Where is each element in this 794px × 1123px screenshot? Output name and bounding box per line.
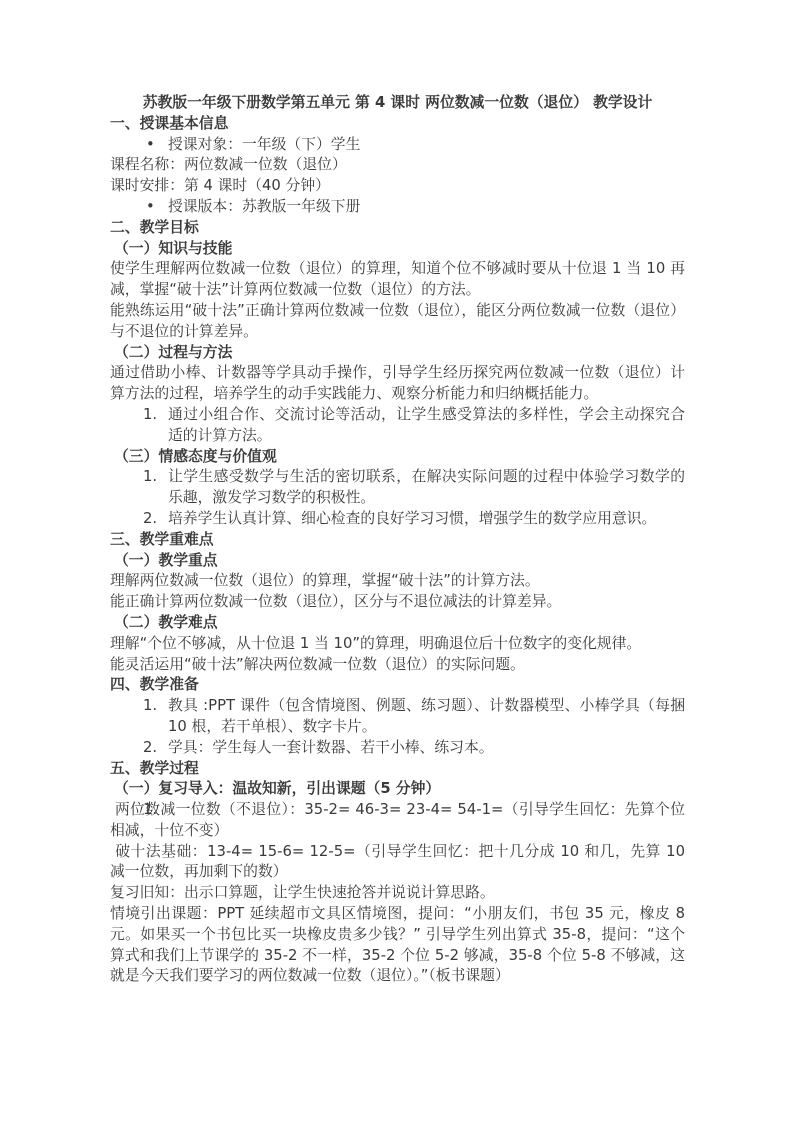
paragraph: 课时安排：第 4 课时（40 分钟） <box>110 176 685 197</box>
bullet-item: •授课版本：苏教版一年级下册 <box>110 197 685 218</box>
text-run: 理解“个位不够减，从十位退 1 当 10”的算理，明确退位后十位数字的变化规律。 <box>110 635 641 652</box>
text-run: 授课版本：苏教版一年级下册 <box>168 198 360 215</box>
section-heading: 五、教学过程 <box>110 759 685 780</box>
document-content: 苏教版一年级下册数学第五单元 第 4 课时 两位数减一位数（退位） 教学设计一、… <box>110 93 685 987</box>
text-run: 四、教学准备 <box>110 676 199 693</box>
text-run: （一）复习导入：温故知新，引出课题（5 分钟） <box>114 780 440 797</box>
paragraph: 使学生理解两位数减一位数（退位）的算理，知道个位不够减时要从十位退 1 当 10… <box>110 259 685 301</box>
numbered-item: 1.通过小组合作、交流讨论等活动，让学生感受算法的多样性，学会主动探究合适的计算… <box>110 405 685 447</box>
text-run: 通过小组合作、交流讨论等活动，让学生感受算法的多样性，学会主动探究合适的计算方法… <box>168 406 685 444</box>
list-number: 2. <box>143 509 157 530</box>
list-number: 2. <box>143 738 157 759</box>
section-heading: 一、授课基本信息 <box>110 114 685 135</box>
sub-heading: （一）教学重点 <box>110 551 685 572</box>
paragraph: 能灵活运用“破十法”解决两位数减一位数（退位）的实际问题。 <box>110 655 685 676</box>
numbered-item: 1.让学生感受数学与生活的密切联系，在解决实际问题的过程中体验学习数学的乐趣，激… <box>110 467 685 509</box>
paragraph: 理解“个位不够减，从十位退 1 当 10”的算理，明确退位后十位数字的变化规律。 <box>110 634 685 655</box>
text-run: 能正确计算两位数减一位数（退位），区分与不退位减法的计算差异。 <box>110 593 561 610</box>
sub-heading: （三）情感态度与价值观 <box>110 447 685 468</box>
list-number: 1. <box>143 405 157 426</box>
bullet-item: •授课对象：一年级（下）学生 <box>110 135 685 156</box>
numbered-item: 2.学具：学生每人一套计数器、若干小棒、练习本。 <box>110 738 685 759</box>
text-run: 授课对象：一年级（下）学生 <box>168 136 360 153</box>
paragraph: 通过借助小棒、计数器等学具动手操作，引导学生经历探究两位数减一位数（退位）计算方… <box>110 363 685 405</box>
text-run: 课程名称：两位数减一位数（退位） <box>110 156 347 173</box>
list-number: 1. <box>143 800 157 821</box>
text-run: 让学生感受数学与生活的密切联系，在解决实际问题的过程中体验学习数学的乐趣，激发学… <box>168 468 685 506</box>
text-run: （一）教学重点 <box>114 552 218 569</box>
section-heading: 二、教学目标 <box>110 218 685 239</box>
paragraph: 能熟练运用“破十法”正确计算两位数减一位数（退位），能区分两位数减一位数（退位）… <box>110 301 685 343</box>
text-run: 能熟练运用“破十法”正确计算两位数减一位数（退位），能区分两位数减一位数（退位）… <box>110 302 685 340</box>
text-run: 破十法基础：13-4= 15-6= 12-5=（引导学生回忆：把十几分成 10 … <box>110 843 690 881</box>
text-run: 教具 :PPT 课件（包含情境图、例题、练习题）、计数器模型、小棒学具（每捆 1… <box>168 697 685 735</box>
paragraph: 课程名称：两位数减一位数（退位） <box>110 155 685 176</box>
list-number: 1. <box>143 696 157 717</box>
text-run: 能灵活运用“破十法”解决两位数减一位数（退位）的实际问题。 <box>110 656 525 673</box>
doc-title: 苏教版一年级下册数学第五单元 第 4 课时 两位数减一位数（退位） 教学设计 <box>110 93 685 114</box>
section-heading: 三、教学重难点 <box>110 530 685 551</box>
text-run: 五、教学过程 <box>110 760 199 777</box>
text-run: （二）过程与方法 <box>114 344 232 361</box>
document-page: 苏教版一年级下册数学第五单元 第 4 课时 两位数减一位数（退位） 教学设计一、… <box>0 0 794 1123</box>
paragraph-indented: 两位数减一位数（不退位）：35-2= 46-3= 23-4= 54-1=（引导学… <box>110 800 685 842</box>
text-run: 理解两位数减一位数（退位）的算理，掌握“破十法”的计算方法。 <box>110 572 540 589</box>
text-run: （二）教学难点 <box>114 614 218 631</box>
text-run: 培养学生认真计算、细心检查的良好学习习惯，增强学生的数学应用意识。 <box>168 510 656 527</box>
paragraph: 理解两位数减一位数（退位）的算理，掌握“破十法”的计算方法。 <box>110 571 685 592</box>
text-run: 一、授课基本信息 <box>110 115 228 132</box>
bullet-icon: • <box>146 135 155 156</box>
list-number: 1. <box>143 467 157 488</box>
text-run: 苏教版一年级下册数学第五单元 第 4 课时 两位数减一位数（退位） 教学设计 <box>143 94 653 111</box>
sub-heading: （一）复习导入：温故知新，引出课题（5 分钟） <box>110 779 685 800</box>
paragraph: 情境引出课题：PPT 延续超市文具区情境图，提问：“小朋友们，书包 35 元，橡… <box>110 904 685 987</box>
section-heading: 四、教学准备 <box>110 675 685 696</box>
text-run: 通过借助小棒、计数器等学具动手操作，引导学生经历探究两位数减一位数（退位）计算方… <box>110 364 685 402</box>
text-run: 使学生理解两位数减一位数（退位）的算理，知道个位不够减时要从十位退 1 当 10… <box>110 260 685 298</box>
numbered-item: 1.教具 :PPT 课件（包含情境图、例题、练习题）、计数器模型、小棒学具（每捆… <box>110 696 685 738</box>
bullet-icon: • <box>146 197 155 218</box>
text-run: 复习旧知：出示口算题，让学生快速抢答并说说计算思路。 <box>110 884 495 901</box>
text-run: 学具：学生每人一套计数器、若干小棒、练习本。 <box>168 739 494 756</box>
sub-heading: （一）知识与技能 <box>110 239 685 260</box>
paragraph-indented: 破十法基础：13-4= 15-6= 12-5=（引导学生回忆：把十几分成 10 … <box>110 842 685 884</box>
sub-heading: （二）教学难点 <box>110 613 685 634</box>
text-run: （三）情感态度与价值观 <box>114 448 277 465</box>
paragraph: 能正确计算两位数减一位数（退位），区分与不退位减法的计算差异。 <box>110 592 685 613</box>
paragraph: 复习旧知：出示口算题，让学生快速抢答并说说计算思路。 <box>110 883 685 904</box>
sub-heading: （二）过程与方法 <box>110 343 685 364</box>
text-run: 情境引出课题：PPT 延续超市文具区情境图，提问：“小朋友们，书包 35 元，橡… <box>110 905 685 984</box>
text-run: 两位数减一位数（不退位）：35-2= 46-3= 23-4= 54-1=（引导学… <box>110 801 685 839</box>
text-run: （一）知识与技能 <box>114 240 232 257</box>
text-run: 课时安排：第 4 课时（40 分钟） <box>110 177 330 194</box>
text-run: 二、教学目标 <box>110 219 199 236</box>
text-run: 三、教学重难点 <box>110 531 214 548</box>
numbered-item: 2.培养学生认真计算、细心检查的良好学习习惯，增强学生的数学应用意识。 <box>110 509 685 530</box>
